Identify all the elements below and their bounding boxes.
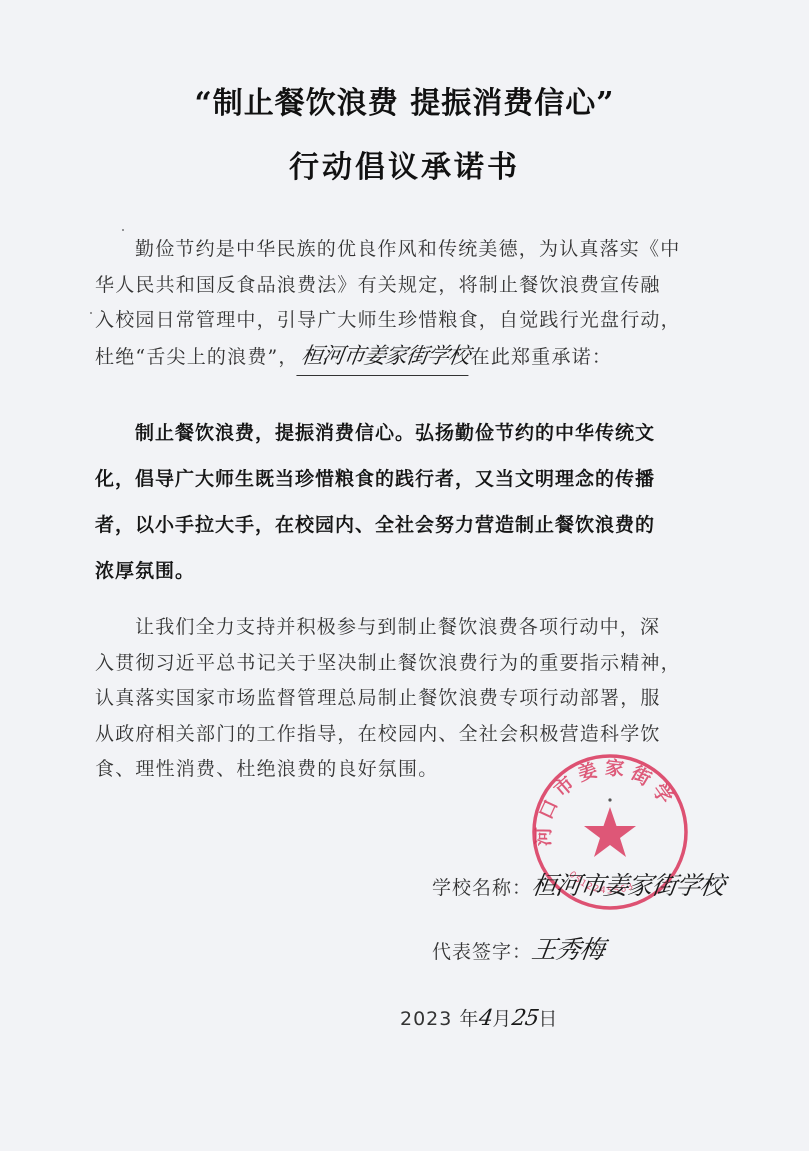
text-segment: 在此郑重承诺：	[471, 346, 612, 368]
text-line: 者，以小手拉大手，在校园内、全社会努力营造制止餐饮浪费的	[95, 502, 715, 548]
date-day-label: 日	[538, 1008, 558, 1030]
handwritten-school-name: 桓河市姜家街学校	[529, 866, 726, 902]
scan-artifact	[90, 312, 92, 314]
date-year: 2023 年	[400, 1008, 479, 1030]
paragraph-intro: 勤俭节约是中华民族的优良作风和传统美德，为认真落实《中 华人民共和国反食品浪费法…	[95, 232, 715, 375]
date-month-label: 月	[492, 1008, 512, 1030]
text-line: 制止餐饮浪费，提振消费信心。弘扬勤俭节约的中华传统文	[95, 410, 715, 456]
text-line: 化，倡导广大师生既当珍惜粮食的践行者，又当文明理念的传播	[95, 456, 715, 502]
handwritten-signature: 王秀梅	[529, 930, 606, 966]
text-segment: 杜绝“舌尖上的浪费”，	[95, 346, 299, 368]
signature-label: 代表签字：	[432, 941, 532, 963]
scan-artifact	[122, 229, 124, 231]
text-line: 入校园日常管理中，引导广大师生珍惜粮食，自觉践行光盘行动，	[95, 303, 715, 339]
text-line: 入贯彻习近平总书记关于坚决制止餐饮浪费行为的重要指示精神，	[95, 646, 715, 682]
document-date: 2023 年4月25日	[400, 1004, 558, 1031]
text-line: 勤俭节约是中华民族的优良作风和传统美德，为认真落实《中	[95, 232, 715, 268]
document-page: “制止餐饮浪费 提振消费信心” 行动倡议承诺书 勤俭节约是中华民族的优良作风和传…	[0, 0, 809, 1151]
handwritten-day: 25	[511, 1006, 541, 1031]
handwritten-school-name: 桓河市姜家街学校	[296, 339, 473, 376]
school-name-row: 学校名称：桓河市姜家街学校	[432, 866, 724, 902]
school-name-label: 学校名称：	[432, 877, 532, 899]
text-line: 浓厚氛围。	[95, 548, 715, 594]
text-line: 让我们全力支持并积极参与到制止餐饮浪费各项行动中，深	[95, 610, 715, 646]
document-title: “制止餐饮浪费 提振消费信心”	[0, 78, 809, 122]
text-line: 杜绝“舌尖上的浪费”，桓河市姜家街学校在此郑重承诺：	[95, 339, 715, 376]
representative-signature-row: 代表签字：王秀梅	[432, 930, 604, 966]
document-subtitle: 行动倡议承诺书	[0, 142, 809, 186]
text-line: 从政府相关部门的工作指导，在校园内、全社会积极营造科学饮	[95, 717, 715, 753]
paragraph-pledge: 制止餐饮浪费，提振消费信心。弘扬勤俭节约的中华传统文 化，倡导广大师生既当珍惜粮…	[95, 410, 715, 594]
text-line: 华人民共和国反食品浪费法》有关规定，将制止餐饮浪费宣传融	[95, 268, 715, 304]
text-line: 认真落实国家市场监督管理总局制止餐饮浪费专项行动部署，服	[95, 681, 715, 717]
